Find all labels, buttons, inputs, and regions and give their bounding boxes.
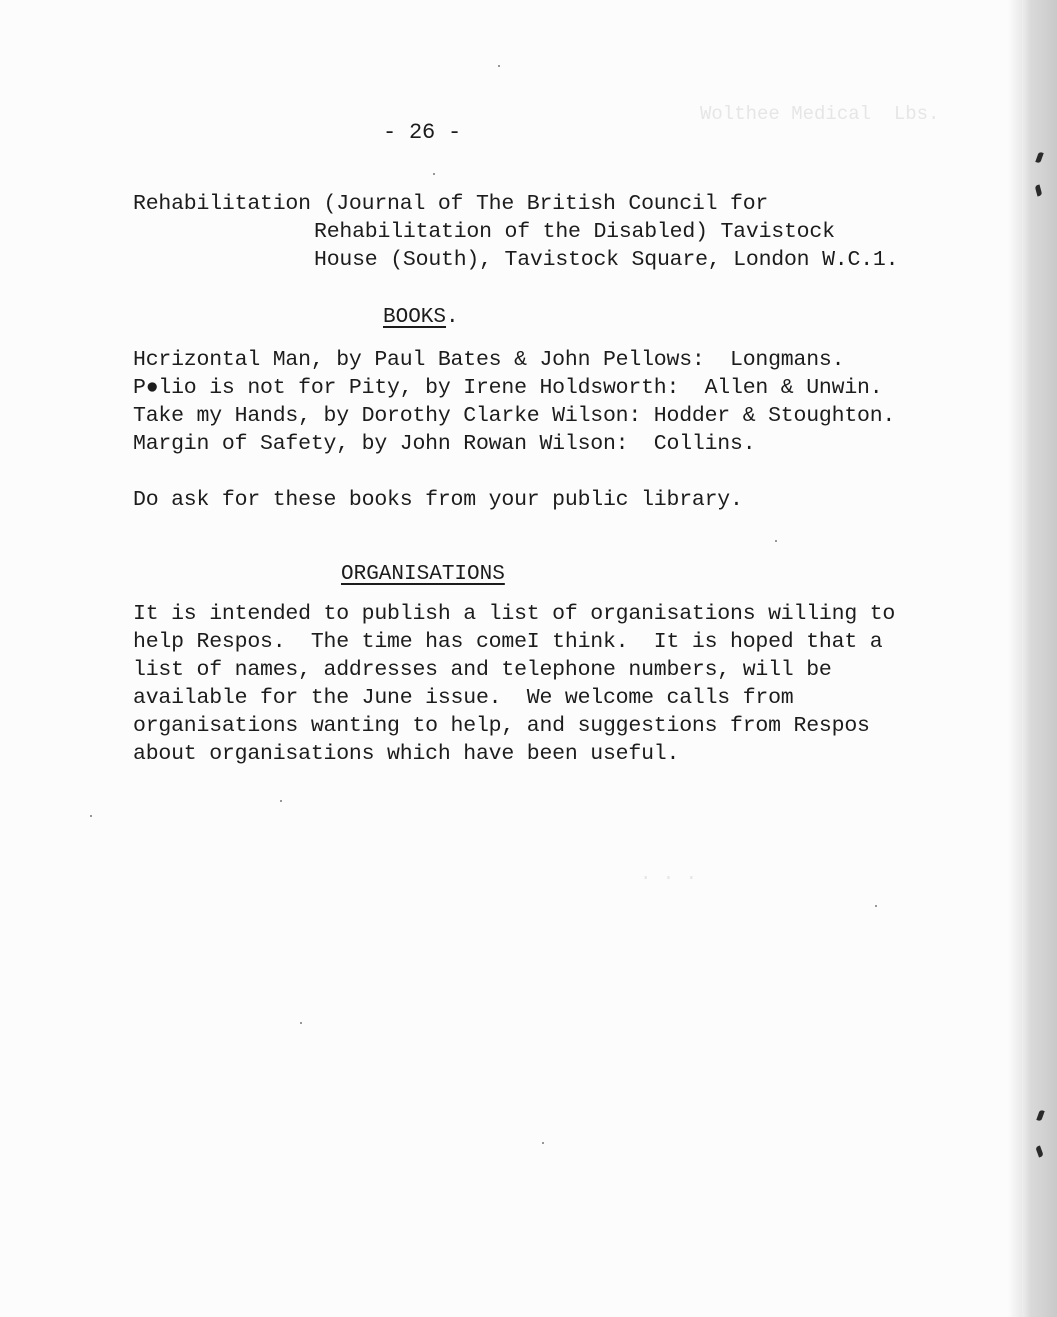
paper-speck	[300, 1022, 302, 1024]
books-heading: BOOKS.	[383, 304, 459, 332]
organisations-paragraph-line: about organisations which have been usef…	[133, 740, 679, 768]
library-note: Do ask for these books from your public …	[133, 486, 743, 514]
organisations-paragraph-line: available for the June issue. We welcome…	[133, 684, 794, 712]
organisations-paragraph-line: It is intended to publish a list of orga…	[133, 600, 895, 628]
reference-line: Rehabilitation of the Disabled) Tavistoc…	[314, 218, 835, 246]
book-item: Margin of Safety, by John Rowan Wilson: …	[133, 430, 755, 458]
binding-shadow	[1008, 0, 1022, 1317]
organisations-paragraph-line: help Respos. The time has comeI think. I…	[133, 628, 882, 656]
book-item: P●lio is not for Pity, by Irene Holdswor…	[133, 374, 882, 402]
organisations-heading-text: ORGANISATIONS	[341, 563, 505, 586]
book-item: Take my Hands, by Dorothy Clarke Wilson:…	[133, 402, 895, 430]
paper-speck	[280, 800, 282, 802]
paper-speck	[775, 540, 777, 542]
organisations-paragraph-line: list of names, addresses and telephone n…	[133, 656, 832, 684]
reference-line: House (South), Tavistock Square, London …	[314, 246, 898, 274]
books-heading-period: .	[446, 306, 459, 329]
book-item: Hcrizontal Man, by Paul Bates & John Pel…	[133, 346, 844, 374]
document-page: Wolthee Medical Lbs. . . . - 26 - Rehabi…	[0, 0, 1057, 1317]
books-heading-text: BOOKS	[383, 306, 446, 329]
paper-speck	[90, 815, 92, 817]
bleed-through-text: . . .	[640, 860, 697, 888]
bleed-through-text: Wolthee Medical Lbs.	[700, 100, 939, 128]
organisations-paragraph-line: organisations wanting to help, and sugge…	[133, 712, 870, 740]
paper-speck	[433, 173, 435, 175]
reference-line: Rehabilitation (Journal of The British C…	[133, 190, 768, 218]
paper-speck	[542, 1142, 544, 1144]
organisations-heading: ORGANISATIONS	[341, 561, 505, 589]
paper-speck	[875, 905, 877, 907]
paper-speck	[498, 65, 500, 67]
page-number: - 26 -	[383, 119, 461, 147]
